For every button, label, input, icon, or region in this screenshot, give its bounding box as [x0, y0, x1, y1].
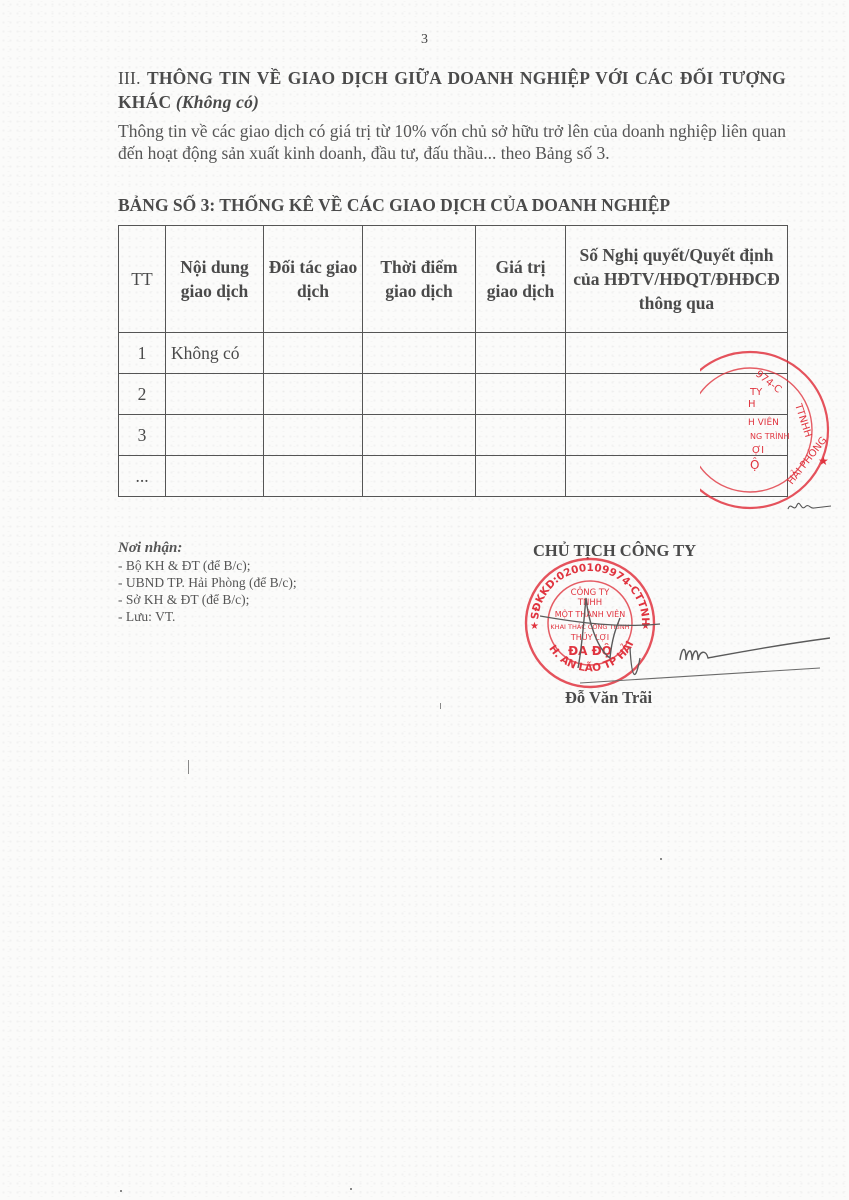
cell-time: [363, 456, 476, 497]
cell-tt: 1: [119, 333, 166, 374]
svg-text:★: ★: [530, 621, 539, 632]
table-title: BẢNG SỐ 3: THỐNG KÊ VỀ CÁC GIAO DỊCH CỦA…: [118, 195, 670, 216]
svg-text:MỘT THÀNH VIÊN: MỘT THÀNH VIÊN: [555, 608, 625, 619]
recipients-label: Nơi nhận:: [118, 540, 297, 557]
cell-partner: [264, 333, 363, 374]
cell-content: [166, 415, 264, 456]
svg-text:H. AN LÃO TP HẢI PHÒNG: H. AN LÃO TP HẢI PHÒNG: [522, 555, 638, 674]
table-row: 2: [119, 374, 788, 415]
cell-resolution: [566, 415, 788, 456]
column-header-value: Giá trị giao dịch: [476, 226, 566, 333]
recipient-item: - Bộ KH & ĐT (để B/c);: [118, 557, 297, 574]
cell-value: [476, 415, 566, 456]
cell-tt: 2: [119, 374, 166, 415]
cell-resolution: [566, 333, 788, 374]
cell-value: [476, 333, 566, 374]
section-paragraph: Thông tin về các giao dịch có giá trị từ…: [118, 120, 786, 164]
table-row: 1 Không có: [119, 333, 788, 374]
table-row: ...: [119, 456, 788, 497]
page-number: 3: [0, 32, 849, 48]
svg-text:★: ★: [818, 454, 829, 468]
table-row: 3: [119, 415, 788, 456]
cell-time: [363, 333, 476, 374]
cell-partner: [264, 415, 363, 456]
column-header-content: Nội dung giao dịch: [166, 226, 264, 333]
recipient-item: - Sở KH & ĐT (để B/c);: [118, 591, 297, 608]
scan-speck: [660, 858, 662, 860]
scan-speck: [350, 1188, 352, 1190]
svg-text:ĐA ĐỘ: ĐA ĐỘ: [568, 643, 612, 658]
cell-value: [476, 374, 566, 415]
svg-text:CÔNG TY: CÔNG TY: [571, 586, 610, 598]
cell-tt: 3: [119, 415, 166, 456]
cell-partner: [264, 456, 363, 497]
transactions-table: TT Nội dung giao dịch Đối tác giao dịch …: [118, 225, 788, 497]
column-header-tt: TT: [119, 226, 166, 333]
cell-tt: ...: [119, 456, 166, 497]
cell-resolution: [566, 456, 788, 497]
company-seal-stamp: SĐKKD:0200109974-CTTNHH H. AN LÃO TP HẢI…: [522, 555, 658, 691]
signer-title: CHỦ TỊCH CÔNG TY: [533, 541, 696, 561]
column-header-resolution: Số Nghị quyết/Quyết định của HĐTV/HĐQT/Đ…: [566, 226, 788, 333]
svg-text:KHAI THÁC CÔNG TRÌNH: KHAI THÁC CÔNG TRÌNH: [550, 622, 629, 631]
svg-text:SĐKKD:0200109974-CTTNHH: SĐKKD:0200109974-CTTNHH: [522, 555, 651, 626]
svg-text:HẢI PHÒNG: HẢI PHÒNG: [783, 433, 829, 487]
cell-partner: [264, 374, 363, 415]
svg-text:THỦY LỢI: THỦY LỢI: [570, 631, 609, 642]
column-header-partner: Đối tác giao dịch: [264, 226, 363, 333]
section-heading-note: (Không có): [176, 92, 259, 112]
table-header-row: TT Nội dung giao dịch Đối tác giao dịch …: [119, 226, 788, 333]
cell-content: Không có: [166, 333, 264, 374]
initials-signature: [785, 495, 835, 520]
cell-time: [363, 415, 476, 456]
signer-name: Đỗ Văn Trãi: [565, 688, 652, 708]
cell-content: [166, 456, 264, 497]
recipient-item: - UBND TP. Hải Phòng (để B/c);: [118, 574, 297, 591]
recipients-block: Nơi nhận: - Bộ KH & ĐT (để B/c); - UBND …: [118, 540, 297, 625]
cell-content: [166, 374, 264, 415]
recipient-item: - Lưu: VT.: [118, 608, 297, 625]
scan-speck: [440, 703, 441, 709]
chairman-signature: [540, 588, 830, 688]
svg-text:TTNHH: TTNHH: [792, 402, 813, 439]
column-header-time: Thời điểm giao dịch: [363, 226, 476, 333]
cell-resolution: [566, 374, 788, 415]
section-heading: III. THÔNG TIN VỀ GIAO DỊCH GIỮA DOANH N…: [118, 66, 786, 114]
svg-text:TNHH: TNHH: [577, 598, 602, 608]
cell-time: [363, 374, 476, 415]
svg-text:★: ★: [641, 621, 650, 632]
scan-speck: [120, 1190, 122, 1192]
scan-speck: [188, 760, 189, 774]
section-heading-prefix: III.: [118, 68, 147, 88]
cell-value: [476, 456, 566, 497]
